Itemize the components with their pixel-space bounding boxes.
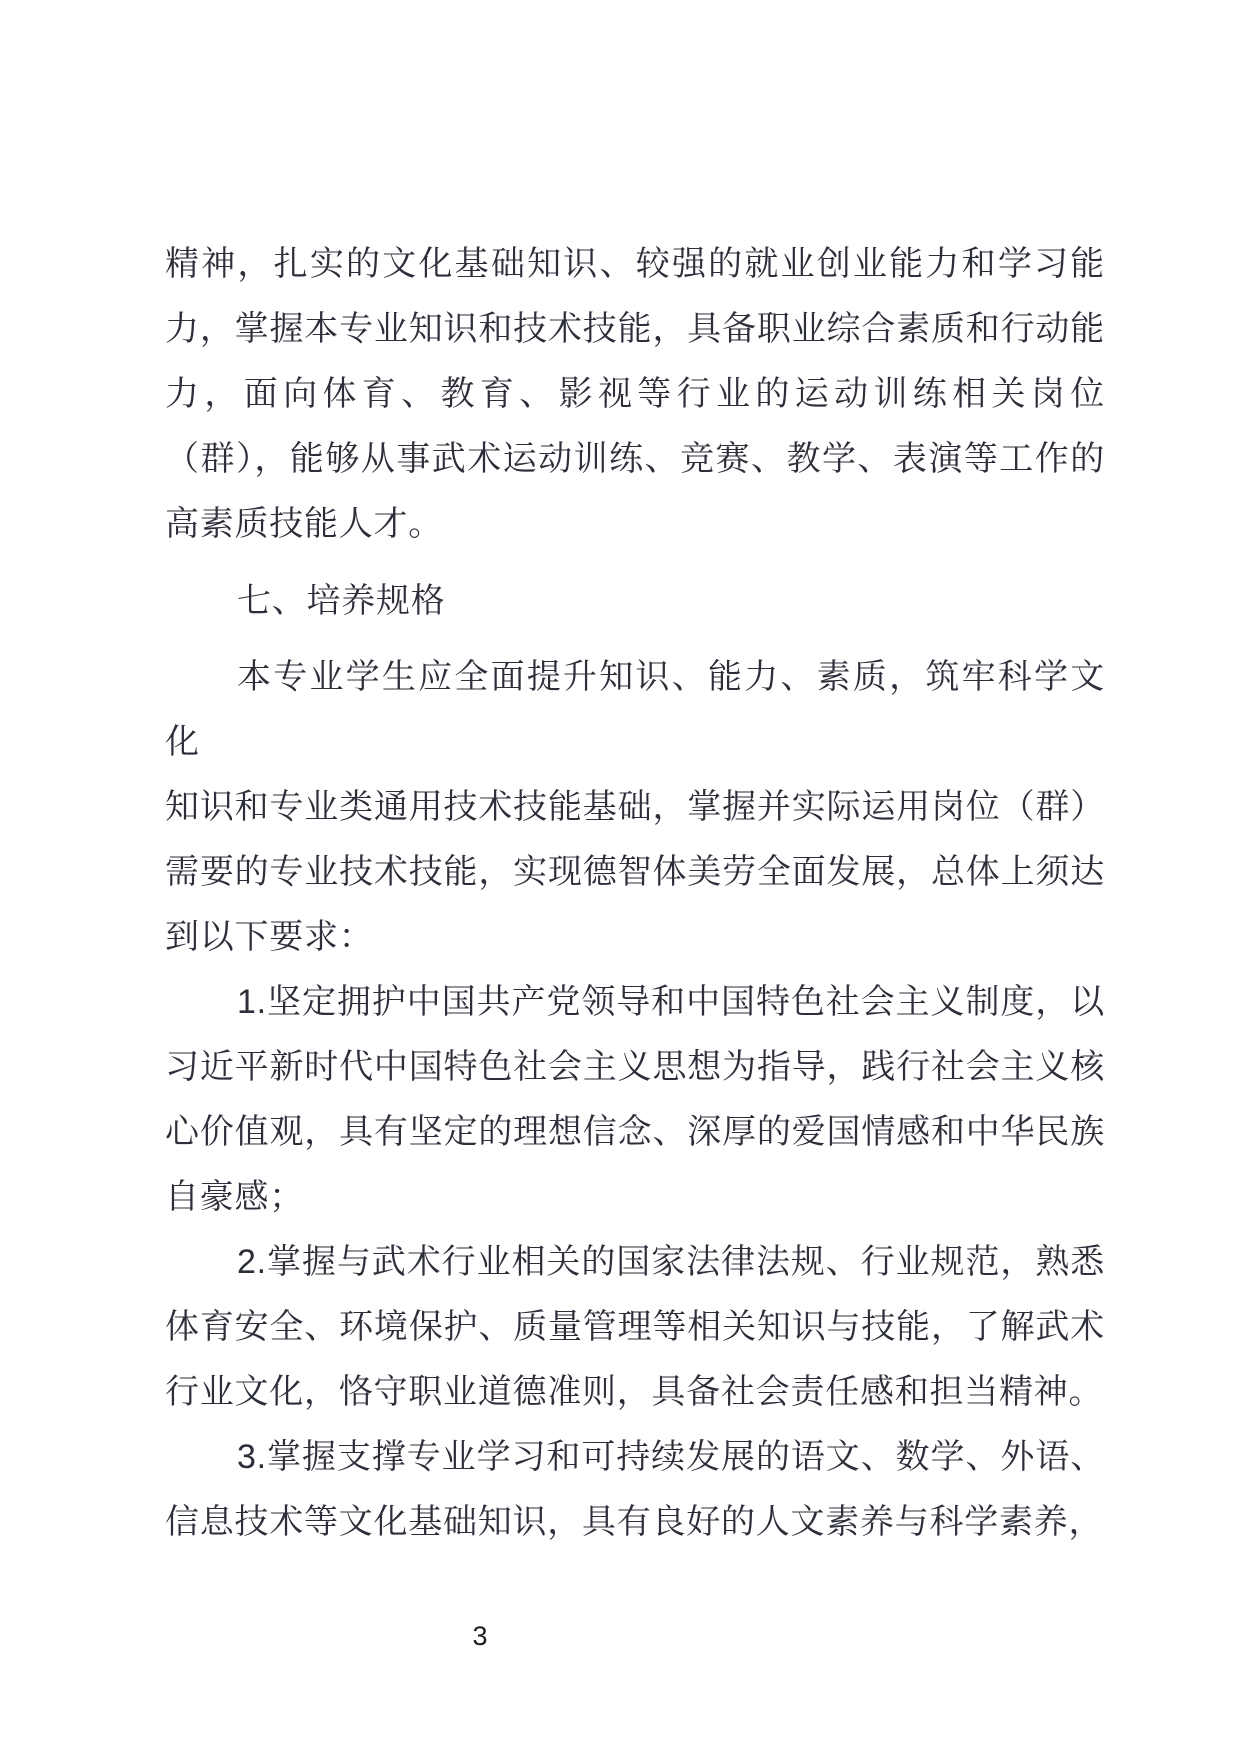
paragraph: 本专业学生应全面提升知识、能力、素质，筑牢科学文化知识和专业类通用技术技能基础，… (165, 645, 1105, 970)
text-line: 2.掌握与武术行业相关的国家法律法规、行业规范，熟悉 (165, 1230, 1105, 1295)
page-number: 3 (472, 1620, 487, 1652)
text-line: 本专业学生应全面提升知识、能力、素质，筑牢科学文化 (165, 645, 1105, 775)
text-line: 体育安全、环境保护、质量管理等相关知识与技能，了解武术 (165, 1295, 1105, 1360)
text-line: （群），能够从事武术运动训练、竞赛、教学、表演等工作的 (165, 427, 1105, 492)
text-line: 3.掌握支撑专业学习和可持续发展的语文、数学、外语、 (165, 1425, 1105, 1490)
text-line: 行业文化，恪守职业道德准则，具备社会责任感和担当精神。 (165, 1360, 1105, 1425)
text-line: 知识和专业类通用技术技能基础，掌握并实际运用岗位（群） (165, 775, 1105, 840)
text-line: 需要的专业技术技能，实现德智体美劳全面发展，总体上须达 (165, 840, 1105, 905)
section-heading: 七、培养规格 (165, 569, 1105, 634)
text-line: 1.坚定拥护中国共产党领导和中国特色社会主义制度，以 (165, 970, 1105, 1035)
text-line: 心价值观，具有坚定的理想信念、深厚的爱国情感和中华民族 (165, 1100, 1105, 1165)
text-line: 高素质技能人才。 (165, 492, 1105, 557)
document-page: 精神，扎实的文化基础知识、较强的就业创业能力和学习能力，掌握本专业知识和技术技能… (0, 0, 1240, 1754)
paragraph: 2.掌握与武术行业相关的国家法律法规、行业规范，熟悉体育安全、环境保护、质量管理… (165, 1230, 1105, 1425)
text-line: 习近平新时代中国特色社会主义思想为指导，践行社会主义核 (165, 1035, 1105, 1100)
paragraph: 3.掌握支撑专业学习和可持续发展的语文、数学、外语、信息技术等文化基础知识，具有… (165, 1425, 1105, 1555)
text-line: 力，面向体育、教育、影视等行业的运动训练相关岗位 (165, 362, 1105, 427)
heading-line: 七、培养规格 (165, 569, 1105, 634)
paragraph: 精神，扎实的文化基础知识、较强的就业创业能力和学习能力，掌握本专业知识和技术技能… (165, 232, 1105, 557)
paragraph: 1.坚定拥护中国共产党领导和中国特色社会主义制度，以习近平新时代中国特色社会主义… (165, 970, 1105, 1230)
text-line: 自豪感； (165, 1165, 1105, 1230)
text-line: 精神，扎实的文化基础知识、较强的就业创业能力和学习能 (165, 232, 1105, 297)
text-line: 力，掌握本专业知识和技术技能，具备职业综合素质和行动能 (165, 297, 1105, 362)
text-line: 到以下要求： (165, 905, 1105, 970)
text-line: 信息技术等文化基础知识，具有良好的人文素养与科学素养， (165, 1490, 1105, 1555)
document-body: 精神，扎实的文化基础知识、较强的就业创业能力和学习能力，掌握本专业知识和技术技能… (165, 232, 1105, 1555)
